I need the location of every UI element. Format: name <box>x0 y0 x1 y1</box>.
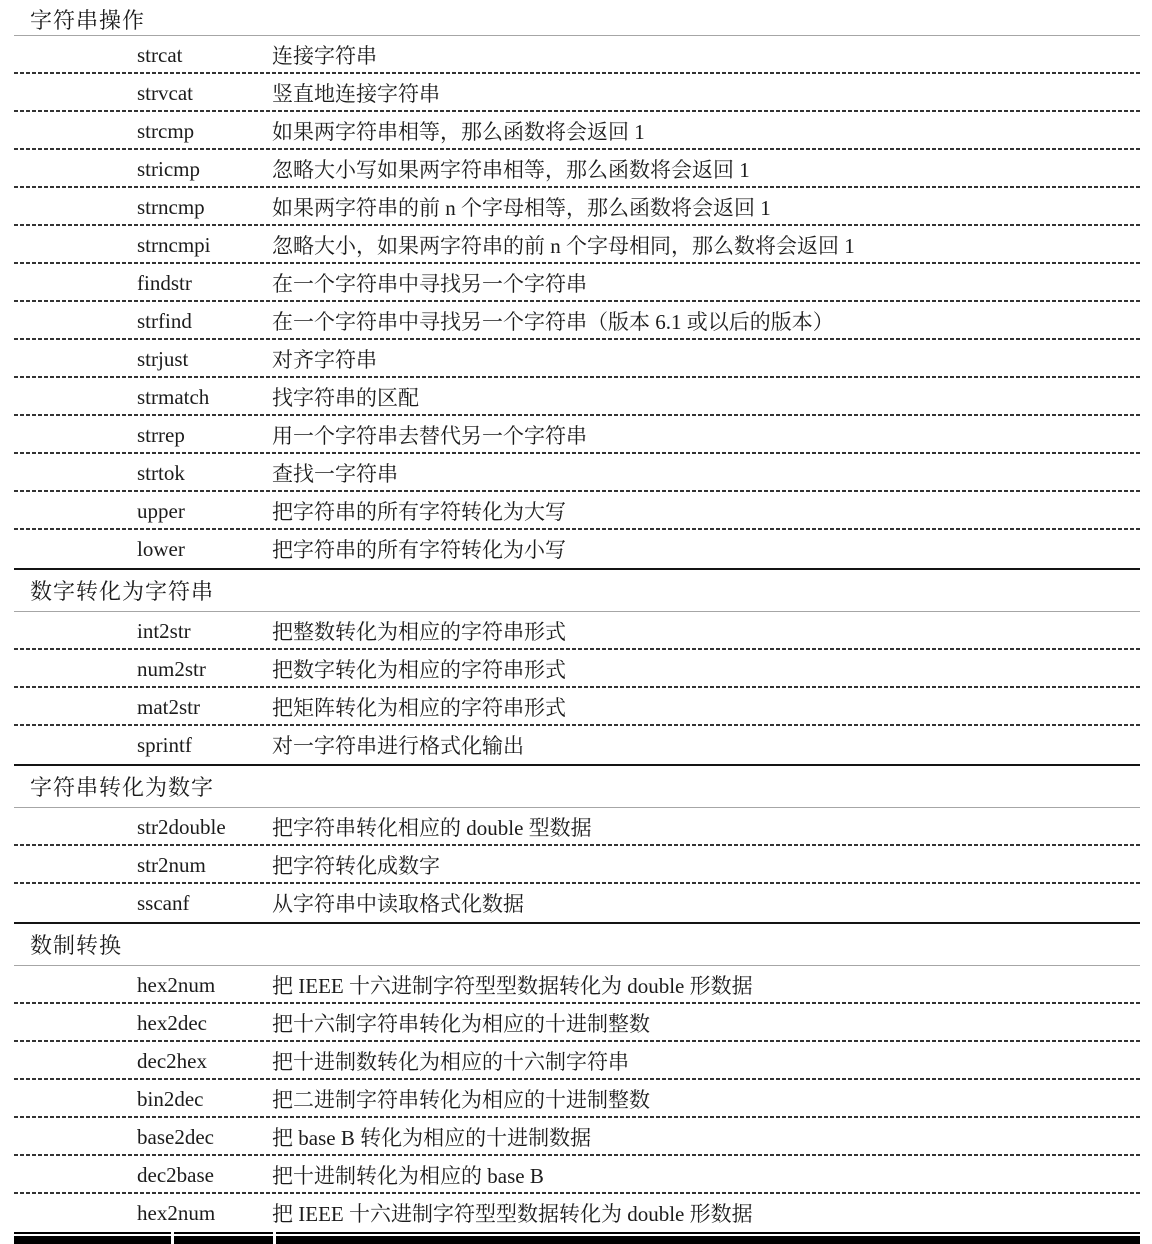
table-row: num2str 把数字转化为相应的字符串形式 <box>14 650 1140 688</box>
section-title: 数制转换 <box>30 929 122 960</box>
table-row: str2double 把字符串转化相应的 double 型数据 <box>14 808 1140 846</box>
function-description: 找字符串的区配 <box>272 382 1140 412</box>
table-row: sscanf 从字符串中读取格式化数据 <box>14 884 1140 922</box>
function-name: strcat <box>137 43 272 68</box>
function-name: stricmp <box>137 157 272 182</box>
table-row: dec2hex 把十进制数转化为相应的十六制字符串 <box>14 1042 1140 1080</box>
function-name: strrep <box>137 423 272 448</box>
function-description: 把十进制数转化为相应的十六制字符串 <box>272 1046 1140 1076</box>
table-section: 数字转化为字符串 int2str 把整数转化为相应的字符串形式 num2str … <box>14 568 1140 764</box>
table-section: 数制转换 hex2num 把 IEEE 十六进制字符型型数据转化为 double… <box>14 922 1140 1232</box>
function-description: 连接字符串 <box>272 40 1140 70</box>
function-name: hex2dec <box>137 1011 272 1036</box>
function-description: 查找一字符串 <box>272 458 1140 488</box>
function-description: 把字符转化成数字 <box>272 850 1140 880</box>
section-rows: hex2num 把 IEEE 十六进制字符型型数据转化为 double 形数据 … <box>14 966 1140 1232</box>
function-name: strncmp <box>137 195 272 220</box>
function-name: sprintf <box>137 733 272 758</box>
function-name: base2dec <box>137 1125 272 1150</box>
function-description: 在一个字符串中寻找另一个字符串（版本 6.1 或以后的版本） <box>272 306 1140 336</box>
table-section: 字符串转化为数字 str2double 把字符串转化相应的 double 型数据… <box>14 764 1140 922</box>
table-section: 字符串操作 strcat 连接字符串 strvcat 竖直地连接字符串 strc… <box>14 0 1140 568</box>
function-name: num2str <box>137 657 272 682</box>
function-name: strvcat <box>137 81 272 106</box>
function-name: hex2num <box>137 1201 272 1226</box>
section-header-row: 字符串转化为数字 <box>14 764 1140 808</box>
function-name: str2num <box>137 853 272 878</box>
function-description: 把字符串的所有字符转化为大写 <box>272 496 1140 526</box>
function-description: 把 IEEE 十六进制字符型型数据转化为 double 形数据 <box>272 1198 1140 1228</box>
function-description: 如果两字符串相等，那么函数将会返回 1 <box>272 116 1140 146</box>
table-row: strcmp 如果两字符串相等，那么函数将会返回 1 <box>14 112 1140 150</box>
column-divider-gap <box>273 1232 276 1244</box>
table-row: findstr 在一个字符串中寻找另一个字符串 <box>14 264 1140 302</box>
function-description: 把数字转化为相应的字符串形式 <box>272 654 1140 684</box>
section-title: 字符串操作 <box>30 4 145 35</box>
function-description: 把十六制字符串转化为相应的十进制整数 <box>272 1008 1140 1038</box>
table-row: strrep 用一个字符串去替代另一个字符串 <box>14 416 1140 454</box>
table-row: int2str 把整数转化为相应的字符串形式 <box>14 612 1140 650</box>
table-row: strncmp 如果两字符串的前 n 个字母相等，那么函数将会返回 1 <box>14 188 1140 226</box>
function-description: 在一个字符串中寻找另一个字符串 <box>272 268 1140 298</box>
bottom-thick-rule <box>14 1236 1140 1244</box>
function-name: upper <box>137 499 272 524</box>
function-name: findstr <box>137 271 272 296</box>
function-description: 把矩阵转化为相应的字符串形式 <box>272 692 1140 722</box>
table-bottom-border <box>14 1232 1140 1244</box>
function-name: strcmp <box>137 119 272 144</box>
table-row: strtok 查找一字符串 <box>14 454 1140 492</box>
function-description: 把 IEEE 十六进制字符型型数据转化为 double 形数据 <box>272 970 1140 1000</box>
section-header-row: 字符串操作 <box>14 0 1140 36</box>
table-row: strcat 连接字符串 <box>14 36 1140 74</box>
function-name: mat2str <box>137 695 272 720</box>
table-row: hex2num 把 IEEE 十六进制字符型型数据转化为 double 形数据 <box>14 1194 1140 1232</box>
function-name: strncmpi <box>137 233 272 258</box>
function-description: 从字符串中读取格式化数据 <box>272 888 1140 918</box>
section-rows: int2str 把整数转化为相应的字符串形式 num2str 把数字转化为相应的… <box>14 612 1140 764</box>
table-row: base2dec 把 base B 转化为相应的十进制数据 <box>14 1118 1140 1156</box>
function-description: 把整数转化为相应的字符串形式 <box>272 616 1140 646</box>
function-description: 对一字符串进行格式化输出 <box>272 730 1140 760</box>
function-description: 把字符串的所有字符转化为小写 <box>272 534 1140 564</box>
function-name: strfind <box>137 309 272 334</box>
table-row: strjust 对齐字符串 <box>14 340 1140 378</box>
table-row: hex2num 把 IEEE 十六进制字符型型数据转化为 double 形数据 <box>14 966 1140 1004</box>
table-row: lower 把字符串的所有字符转化为小写 <box>14 530 1140 568</box>
section-header-row: 数制转换 <box>14 922 1140 966</box>
table-row: stricmp 忽略大小写如果两字符串相等，那么函数将会返回 1 <box>14 150 1140 188</box>
function-name: strmatch <box>137 385 272 410</box>
function-name: str2double <box>137 815 272 840</box>
document-page: 字符串操作 strcat 连接字符串 strvcat 竖直地连接字符串 strc… <box>0 0 1152 1244</box>
function-description: 忽略大小，如果两字符串的前 n 个字母相同，那么数将会返回 1 <box>272 230 1140 260</box>
table-row: strvcat 竖直地连接字符串 <box>14 74 1140 112</box>
function-reference-table: 字符串操作 strcat 连接字符串 strvcat 竖直地连接字符串 strc… <box>14 0 1140 1232</box>
section-header-row: 数字转化为字符串 <box>14 568 1140 612</box>
function-description: 用一个字符串去替代另一个字符串 <box>272 420 1140 450</box>
function-name: dec2base <box>137 1163 272 1188</box>
section-rows: strcat 连接字符串 strvcat 竖直地连接字符串 strcmp 如果两… <box>14 36 1140 568</box>
column-divider-gap <box>171 1232 174 1244</box>
function-description: 把二进制字符串转化为相应的十进制整数 <box>272 1084 1140 1114</box>
function-name: int2str <box>137 619 272 644</box>
table-row: bin2dec 把二进制字符串转化为相应的十进制整数 <box>14 1080 1140 1118</box>
function-name: sscanf <box>137 891 272 916</box>
table-row: strfind 在一个字符串中寻找另一个字符串（版本 6.1 或以后的版本） <box>14 302 1140 340</box>
function-description: 把 base B 转化为相应的十进制数据 <box>272 1122 1140 1152</box>
table-row: upper 把字符串的所有字符转化为大写 <box>14 492 1140 530</box>
function-description: 如果两字符串的前 n 个字母相等，那么函数将会返回 1 <box>272 192 1140 222</box>
table-row: sprintf 对一字符串进行格式化输出 <box>14 726 1140 764</box>
table-row: strncmpi 忽略大小，如果两字符串的前 n 个字母相同，那么数将会返回 1 <box>14 226 1140 264</box>
function-name: dec2hex <box>137 1049 272 1074</box>
section-title: 字符串转化为数字 <box>30 771 214 802</box>
table-row: str2num 把字符转化成数字 <box>14 846 1140 884</box>
table-row: mat2str 把矩阵转化为相应的字符串形式 <box>14 688 1140 726</box>
function-description: 把十进制转化为相应的 base B <box>272 1160 1140 1190</box>
function-name: lower <box>137 537 272 562</box>
table-row: hex2dec 把十六制字符串转化为相应的十进制整数 <box>14 1004 1140 1042</box>
function-name: strjust <box>137 347 272 372</box>
function-name: strtok <box>137 461 272 486</box>
function-description: 竖直地连接字符串 <box>272 78 1140 108</box>
function-description: 把字符串转化相应的 double 型数据 <box>272 812 1140 842</box>
section-title: 数字转化为字符串 <box>30 575 214 606</box>
section-rows: str2double 把字符串转化相应的 double 型数据 str2num … <box>14 808 1140 922</box>
function-description: 对齐字符串 <box>272 344 1140 374</box>
table-row: dec2base 把十进制转化为相应的 base B <box>14 1156 1140 1194</box>
function-name: bin2dec <box>137 1087 272 1112</box>
function-name: hex2num <box>137 973 272 998</box>
function-description: 忽略大小写如果两字符串相等，那么函数将会返回 1 <box>272 154 1140 184</box>
table-row: strmatch 找字符串的区配 <box>14 378 1140 416</box>
